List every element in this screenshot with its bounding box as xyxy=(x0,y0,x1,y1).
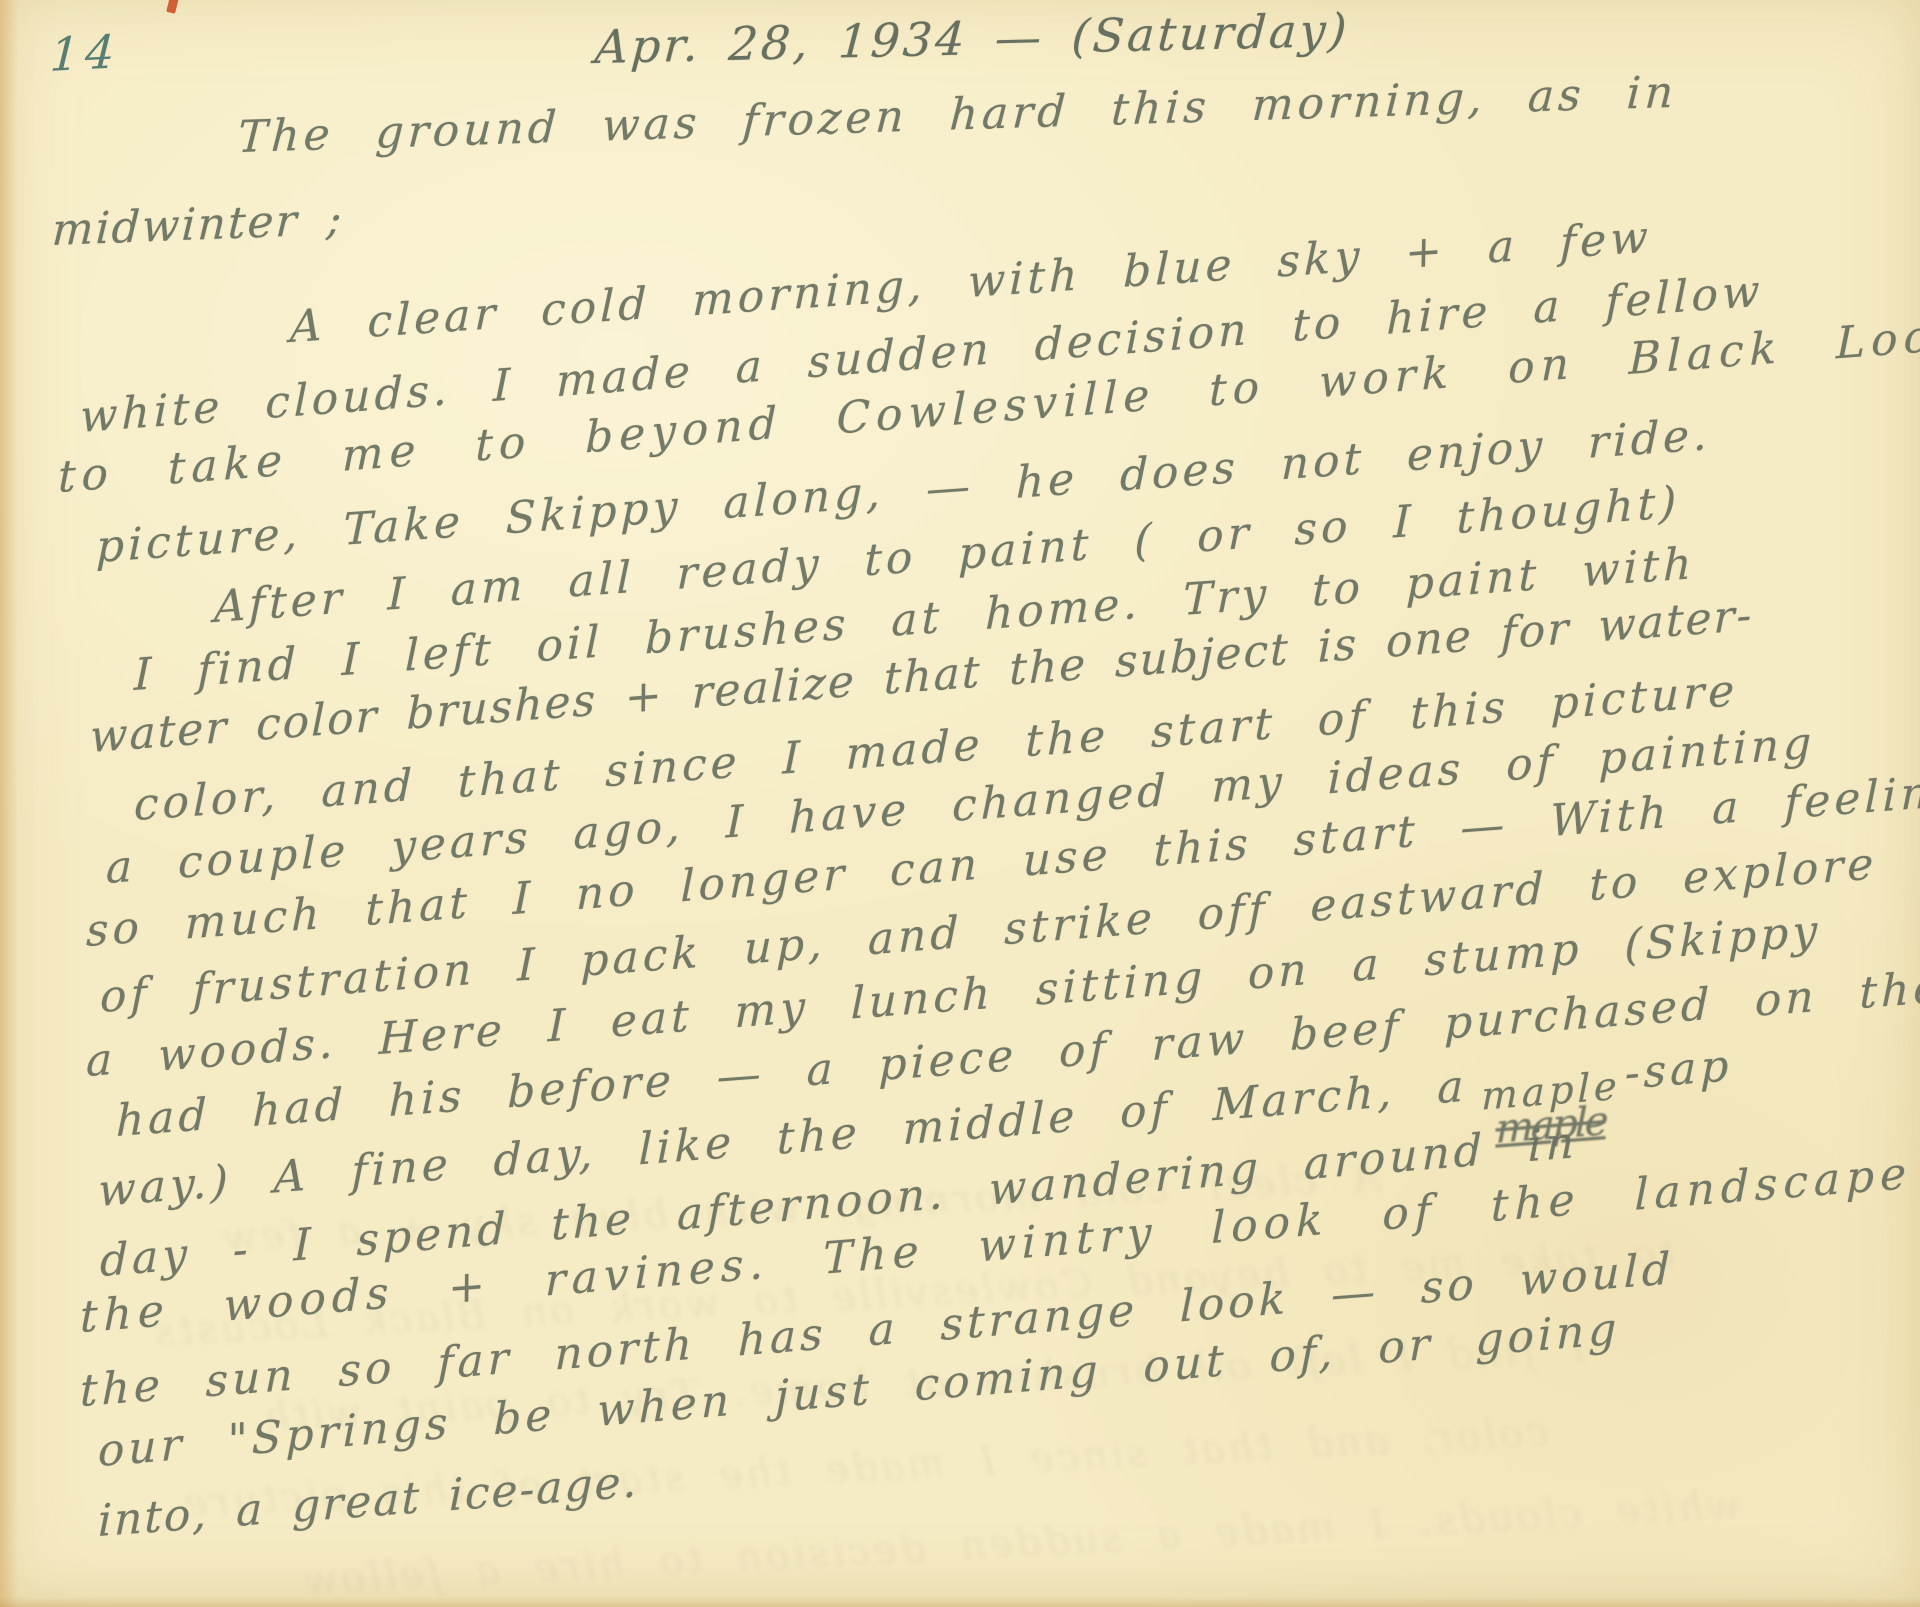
page-bottom-edge xyxy=(0,1597,1920,1607)
page-number: 14 xyxy=(49,24,122,82)
red-ink-mark xyxy=(166,0,179,14)
journal-page: 14 Apr. 28, 1934 — (Saturday) A clear co… xyxy=(0,0,1920,1607)
date-heading: Apr. 28, 1934 — (Saturday) xyxy=(593,3,1351,74)
journal-line: midwinter ; xyxy=(51,194,345,256)
journal-line: The ground was frozen hard this morning,… xyxy=(237,67,1679,163)
page-left-edge xyxy=(0,0,18,1607)
correction-suffix: -sap xyxy=(1625,1040,1733,1099)
